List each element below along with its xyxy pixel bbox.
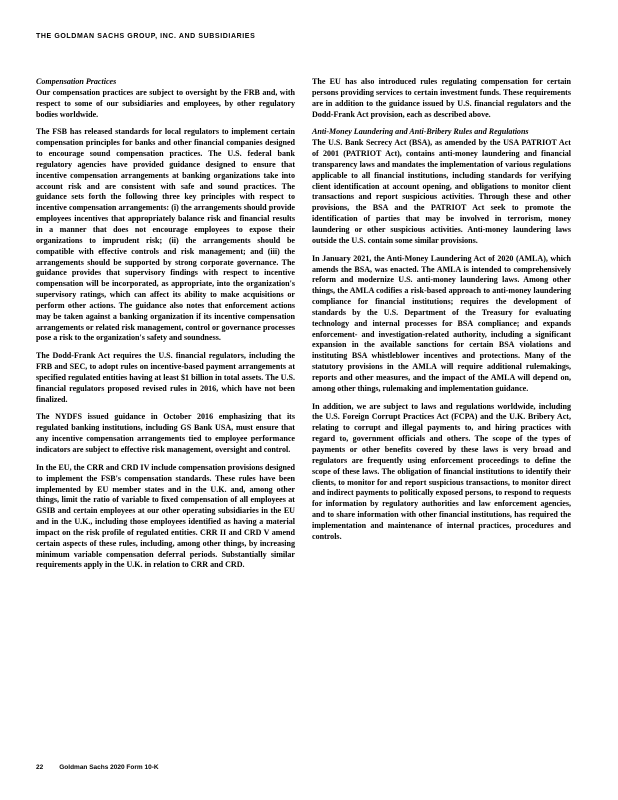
running-header: The Goldman Sachs Group, Inc. and Subsid… [36,33,255,40]
paragraph: In the EU, the CRR and CRD IV include co… [36,463,295,571]
right-column: The EU has also introduced rules regulat… [312,77,571,550]
paragraph: In addition, we are subject to laws and … [312,402,571,543]
section-heading-compensation: Compensation Practices [36,77,295,88]
publication-title: Goldman Sachs 2020 Form 10-K [59,764,158,771]
paragraph: The EU has also introduced rules regulat… [312,77,571,120]
paragraph: The FSB has released standards for local… [36,127,295,344]
paragraph: In January 2021, the Anti-Money Launderi… [312,254,571,395]
page-number: 22 [36,764,43,771]
paragraph: Our compensation practices are subject t… [36,88,295,121]
paragraph: The Dodd-Frank Act requires the U.S. fin… [36,351,295,405]
paragraph: The U.S. Bank Secrecy Act (BSA), as amen… [312,138,571,246]
page-footer: 22 Goldman Sachs 2020 Form 10-K [36,764,159,771]
paragraph: The NYDFS issued guidance in October 201… [36,412,295,455]
section-heading-aml: Anti-Money Laundering and Anti-Bribery R… [312,127,571,138]
left-column: Compensation Practices Our compensation … [36,77,295,578]
